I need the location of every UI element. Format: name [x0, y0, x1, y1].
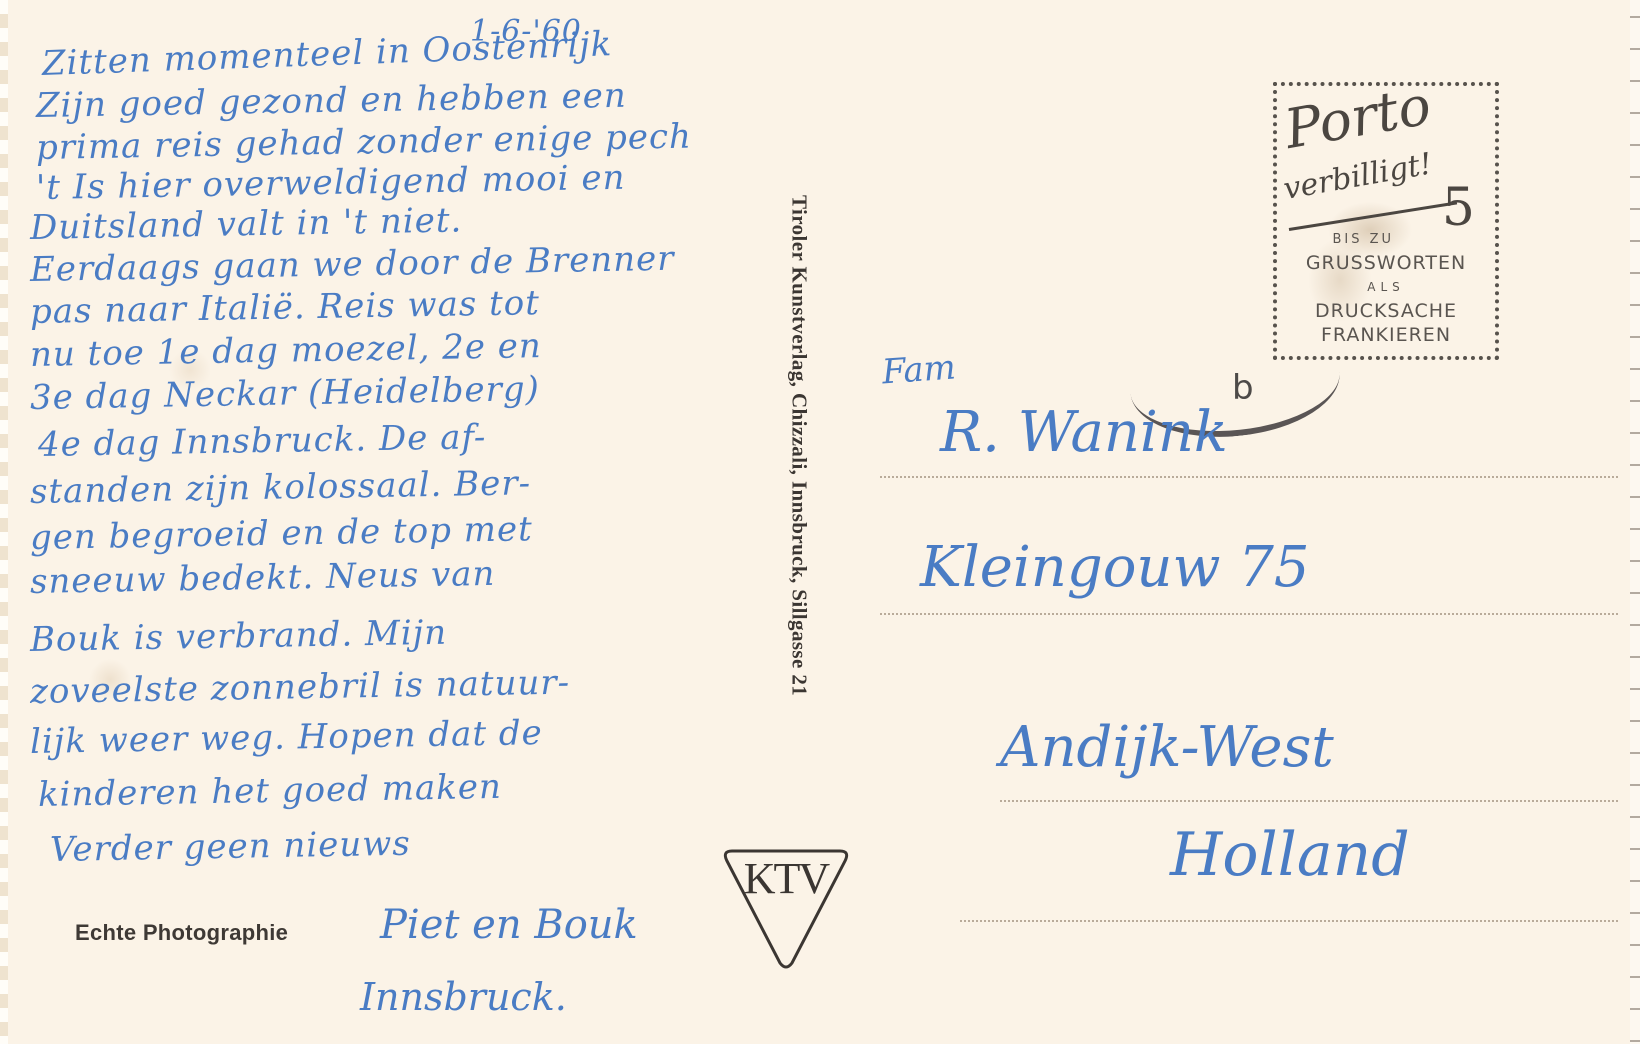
postmark-letter: b [1232, 368, 1254, 408]
stamp-number: 5 [1442, 178, 1475, 238]
address-line-2 [880, 613, 1618, 615]
publisher-text: Tiroler Kunstverlag, Chizzali, Innsbruck… [787, 195, 812, 696]
stamp-title: Porto [1280, 73, 1435, 161]
message-line: pas naar Italië. Reis was tot [30, 283, 541, 332]
message-line: 4e dag Innsbruck. De af- [38, 417, 487, 465]
address-line-4 [960, 920, 1618, 922]
message-line: Verder geen nieuws [50, 824, 411, 870]
message-line: lijk weer weg. Hopen dat de [30, 713, 543, 762]
message-line: nu toe 1e dag moezel, 2e en [30, 326, 542, 375]
stamp-underline [1289, 201, 1457, 231]
address-salutation: Fam [881, 347, 957, 392]
signature-place: Innsbruck. [360, 975, 567, 1019]
deckled-edge-right [1630, 0, 1640, 1044]
deckled-edge-left [0, 0, 8, 1044]
message-line: sneeuw bedekt. Neus van [30, 554, 496, 602]
stamp-area: Porto verbilligt! 5 BIS ZU GRUSSWORTEN A… [1273, 82, 1499, 360]
stamp-line-1: GRUSSWORTEN [1277, 252, 1495, 274]
message-line: standen zijn kolossaal. Ber- [30, 463, 532, 512]
postcard-back: 1-6-'60 Zitten momenteel in Oostenrijk Z… [0, 0, 1640, 1044]
ktv-letters: KTV [720, 853, 852, 904]
publisher-imprint: Tiroler Kunstverlag, Chizzali, Innsbruck… [782, 78, 816, 813]
message-line: Zitten momenteel in Oostenrijk [41, 24, 613, 84]
message-line: Eerdaags gaan we door de Brenner [30, 239, 675, 290]
signature: Piet en Bouk [380, 902, 638, 948]
stamp-bis-zu: BIS ZU [1277, 232, 1430, 247]
address-name: R. Wanink [940, 400, 1228, 465]
stamp-line-3: DRUCKSACHE [1277, 300, 1495, 322]
message-line: gen begroeid en de top met [30, 509, 533, 558]
message-line: zoveelste zonnebril is natuur- [30, 663, 571, 712]
ktv-logo: KTV [720, 845, 852, 971]
message-line: 3e dag Neckar (Heidelberg) [30, 369, 540, 418]
address-street: Kleingouw 75 [920, 535, 1309, 600]
message-line: kinderen het goed maken [38, 767, 503, 815]
address-country: Holland [1170, 820, 1410, 890]
address-line-3 [1000, 800, 1618, 802]
photo-note: Echte Photographie [75, 920, 288, 946]
message-line: Duitsland valt in 't niet. [30, 200, 463, 248]
message-line: Bouk is verbrand. Mijn [30, 613, 448, 660]
stamp-line-2: ALS [1277, 280, 1495, 294]
address-city: Andijk-West [1000, 715, 1334, 780]
address-line-1 [880, 476, 1618, 478]
